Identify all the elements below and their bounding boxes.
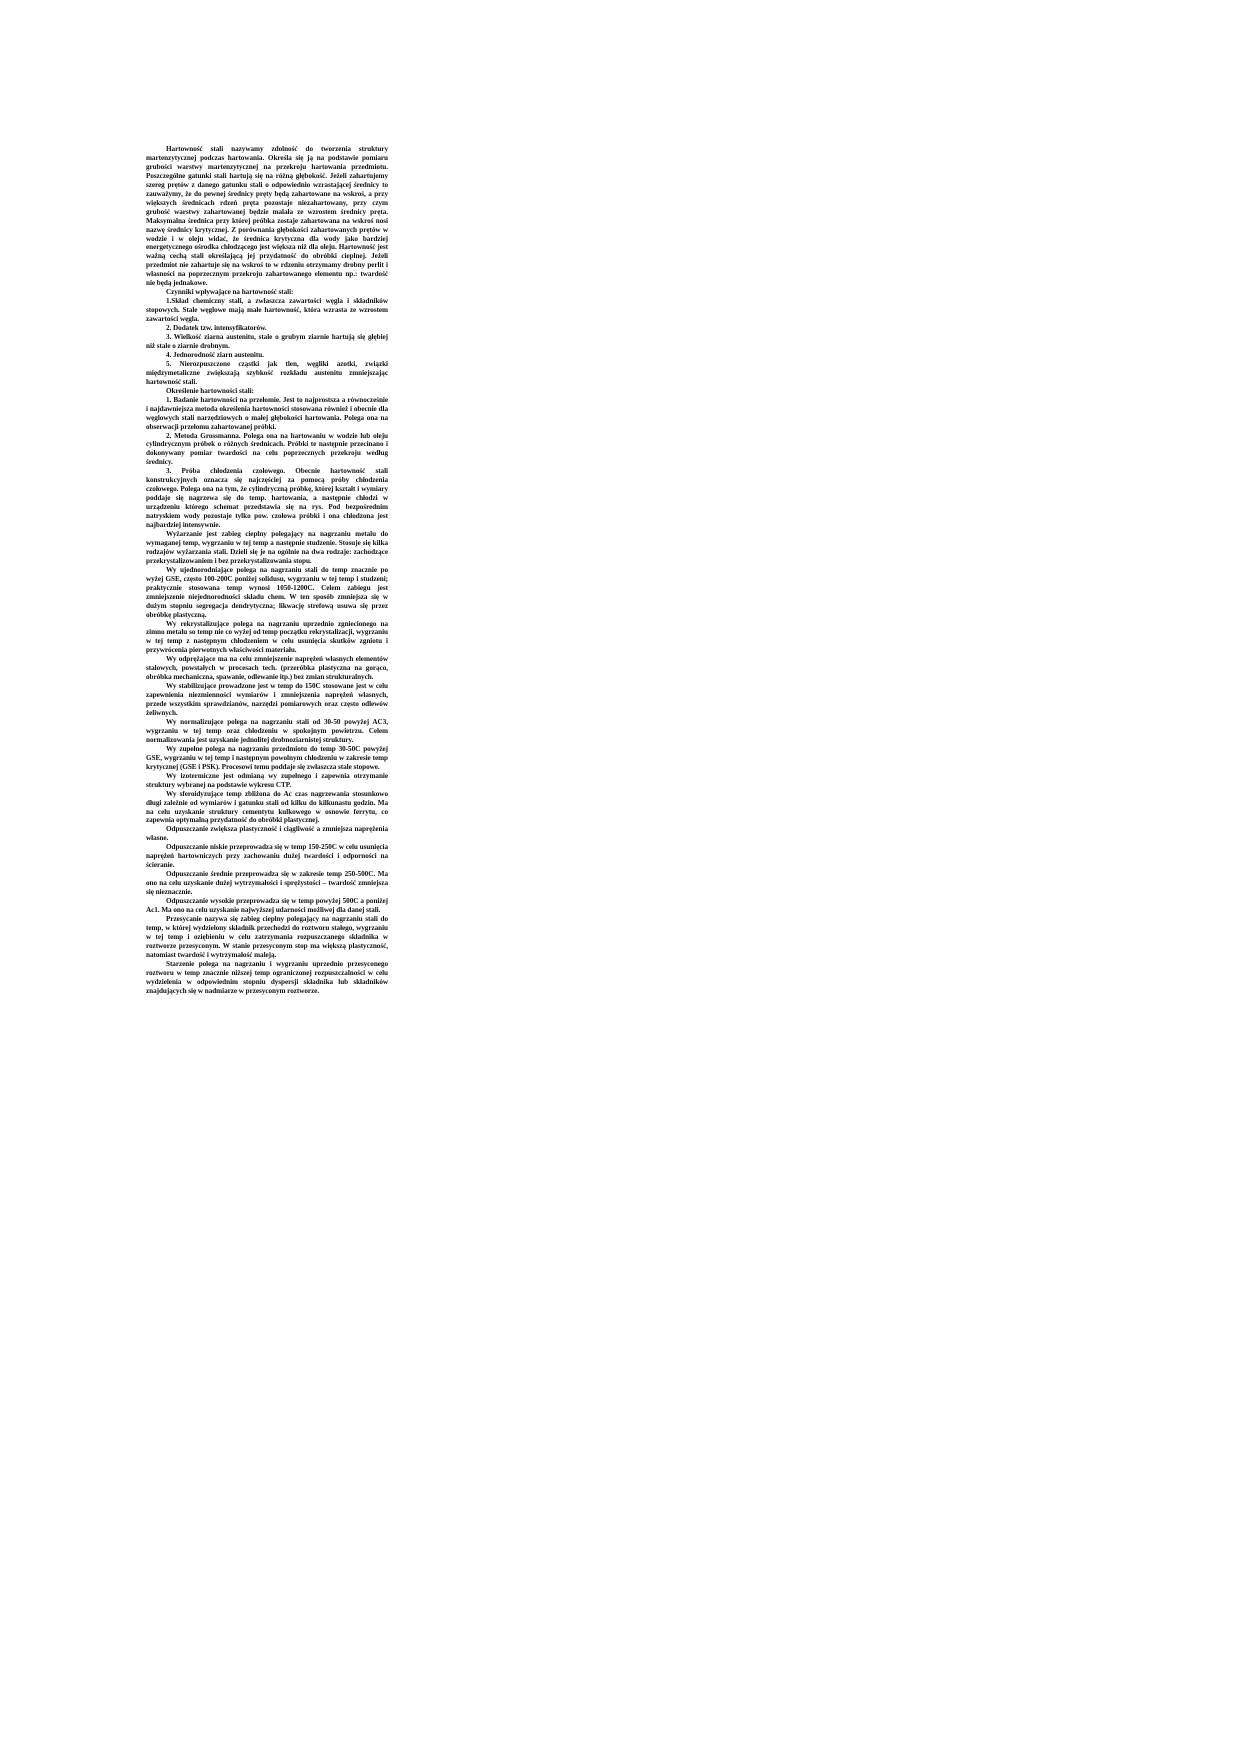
paragraph-metoda-3: 3. Próba chłodzenia czołowego. Obecnie h… [146, 467, 388, 530]
paragraph-wy-stabilizujace: Wy stabilizujące prowadzone jest w temp … [146, 682, 388, 718]
paragraph-wy-normalizujace: Wy normalizujące polega na nagrzaniu sta… [146, 718, 388, 745]
paragraph-metoda-2: 2. Metoda Grossmanna. Polega ona na hart… [146, 432, 388, 468]
paragraph-czynnik-5: 5. Nierozpuszczone cząstki jak tlen, węg… [146, 360, 388, 387]
heading-czynniki: Czynniki wpływające na hartowność stali: [146, 288, 388, 297]
paragraph-hartownosc-definition: Hartowność stali nazywamy zdolność do tw… [146, 145, 388, 288]
paragraph-wyzarzanie: Wyżarzanie jest zabieg cieplny polegając… [146, 530, 388, 566]
paragraph-czynnik-2: 2. Dodatek tzw. intensyfikatorów. [146, 324, 388, 333]
paragraph-wy-ujednorodniajace: Wy ujednorodniające polega na nagrzaniu … [146, 566, 388, 620]
paragraph-odpuszczanie: Odpuszczanie zwiększa plastyczność i cią… [146, 825, 388, 843]
paragraph-przesycanie: Przesycanie nazywa się zabieg cieplny po… [146, 915, 388, 960]
paragraph-wy-odprezajace: Wy odprężające ma na celu zmniejszenie n… [146, 655, 388, 682]
paragraph-odpuszczanie-srednie: Odpuszczanie średnie przeprowadza się w … [146, 870, 388, 897]
paragraph-wy-sferoidyzujace: Wy sferoidyzujące temp zbliżona do Ac cz… [146, 790, 388, 826]
document-text-column: Hartowność stali nazywamy zdolność do tw… [146, 145, 388, 996]
paragraph-wy-rekrystalizujace: Wy rekrystalizujące polega na nagrzaniu … [146, 620, 388, 656]
paragraph-czynnik-1: 1.Skład chemiczny stali, a zwłaszcza zaw… [146, 297, 388, 324]
paragraph-wy-izotermiczne: Wy izotermiczne jest odmianą wy zupełneg… [146, 772, 388, 790]
paragraph-czynnik-3: 3. Wielkość ziarna austenitu, stale o gr… [146, 333, 388, 351]
paragraph-odpuszczanie-niskie: Odpuszczanie niskie przeprowadza się w t… [146, 843, 388, 870]
paragraph-czynnik-4: 4. Jednorodność ziarn austenitu. [146, 351, 388, 360]
heading-okreslenie-hartownosci: Określenie hartowności stali: [146, 387, 388, 396]
paragraph-metoda-1: 1. Badanie hartowności na przełomie. Jes… [146, 396, 388, 432]
paragraph-odpuszczanie-wysokie: Odpuszczanie wysokie przeprowadza się w … [146, 897, 388, 915]
paragraph-wy-zupelne: Wy zupełne polega na nagrzaniu przedmiot… [146, 745, 388, 772]
paragraph-starzenie: Starzenie polega na nagrzaniu i wygrzani… [146, 960, 388, 996]
